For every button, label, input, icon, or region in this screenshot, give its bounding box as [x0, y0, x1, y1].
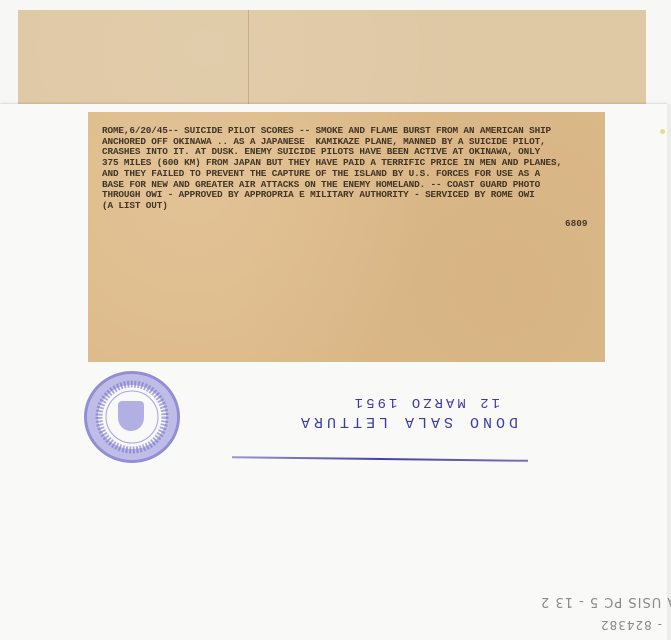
stain-mark [660, 129, 665, 134]
card-crease [248, 10, 249, 106]
shield-icon [118, 401, 144, 431]
seal-stamp [84, 371, 180, 463]
caption-text: ROME,6/20/45-- SUICIDE PILOT SCORES -- S… [102, 126, 602, 212]
dono-stamp: DONO SALA LETTURA 12 MARZO 1951 [262, 372, 522, 432]
stamp-line-1: DONO SALA LETTURA [297, 413, 518, 430]
handwritten-archive-code: CMSA USIS PC 5 - 13 2 [540, 594, 671, 609]
caption-slip: ROME,6/20/45-- SUICIDE PILOT SCORES -- S… [88, 112, 605, 362]
photo-edge [667, 104, 671, 640]
caption-line: (A LIST OUT) [102, 201, 602, 212]
handwritten-inventory-number: - 824382 [600, 618, 662, 632]
caption-number: 6809 [565, 218, 588, 229]
stamp-line-2: 12 MARZO 1951 [352, 394, 500, 410]
top-card-backing [18, 10, 646, 106]
caption-line: THROUGH OWI - APPROVED BY APPROPRIA E MI… [102, 190, 602, 201]
caption-line: AND THEY FAILED TO PREVENT THE CAPTURE O… [102, 169, 602, 180]
